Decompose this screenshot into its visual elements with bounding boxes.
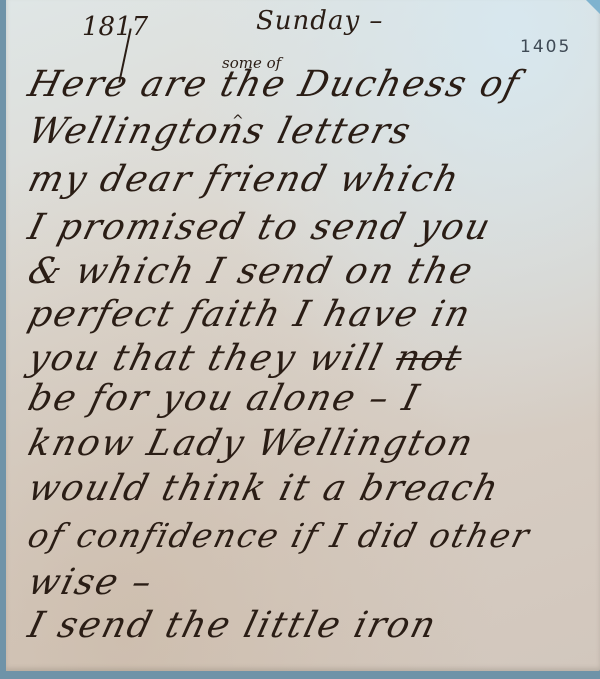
letter-page: 1817 Sunday – 1405 some of ^ Here are th… <box>6 0 600 671</box>
struck-through-word: not <box>391 338 467 379</box>
letter-line-11: of confidence if I did other <box>24 516 535 555</box>
letter-line-7: you that they will not <box>24 338 467 379</box>
background-corner <box>586 0 600 14</box>
letter-day: Sunday – <box>256 6 383 36</box>
letter-line-8: be for you alone – I <box>24 378 425 419</box>
letter-line-9: know Lady Wellington <box>24 423 479 464</box>
catalog-number: 1405 <box>520 37 571 57</box>
letter-year: 1817 <box>82 12 148 42</box>
letter-line-12: wise – <box>24 562 158 603</box>
letter-line-5: & which I send on the <box>24 251 478 292</box>
letter-line-7-text: you that they will <box>24 338 388 379</box>
letter-line-4: I promised to send you <box>24 207 496 248</box>
letter-line-2: Wellingtons letters <box>24 111 416 152</box>
letter-line-10: would think it a breach <box>24 468 504 509</box>
letter-line-3: my dear friend which <box>24 159 465 200</box>
letter-line-6: perfect faith I have in <box>24 294 476 335</box>
letter-line-13: I send the little iron <box>24 605 442 646</box>
letter-line-1: Here are the Duchess of <box>24 64 525 105</box>
